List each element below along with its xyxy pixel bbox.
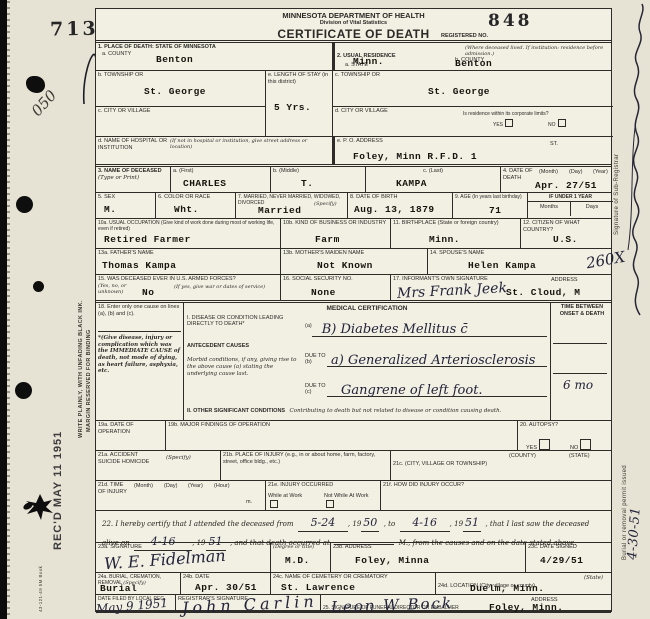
margin-note-line1: WRITE PLAINLY, WITH UNFADING BLACK INK. bbox=[78, 238, 85, 438]
last-name-value: KAMPA bbox=[396, 179, 427, 189]
birthplace-cell: 11. BIRTHPLACE (State or foreign country… bbox=[391, 219, 521, 248]
residence-township-column: c. TOWNSHIP OR St. George d. CITY OR VIL… bbox=[332, 71, 613, 137]
name-sub-label: (Type or Print) bbox=[98, 175, 168, 182]
ssn-cell: 16. SOCIAL SECURITY NO. None bbox=[281, 275, 391, 300]
degree-cell: (Degree or title) M.D. bbox=[271, 543, 331, 572]
no-checkbox bbox=[558, 119, 566, 127]
armed-forces-cell: 15. WAS DECEASED EVER IN U.S. ARMED FORC… bbox=[96, 275, 281, 300]
other-conditions-note: Contributing to death but not related to… bbox=[290, 408, 502, 414]
residence-township-value: St. George bbox=[428, 87, 490, 97]
length-of-stay-value: 5 Yrs. bbox=[274, 103, 311, 113]
registrar-signature: John Carlin bbox=[182, 593, 318, 616]
hospital-cell: d. NAME OF HOSPITAL OR INSTITUTION (If n… bbox=[96, 137, 333, 164]
funeral-director-cell: 25. SIGNATURE OF FUNERAL DIRECTOR OR EMB… bbox=[321, 595, 613, 610]
father-value: Thomas Kampa bbox=[102, 261, 176, 271]
marital-value: Married bbox=[258, 206, 301, 216]
informant-cell: 17. INFORMANT'S OWN SIGNATURE ADDRESS Mr… bbox=[391, 275, 613, 300]
date-signed-label: 23c. DATE SIGNED bbox=[528, 544, 611, 551]
marital-status-cell: 7. MARRIED, NEVER MARRIED, WIDOWED, DIVO… bbox=[236, 193, 348, 218]
citizen-value: U.S. bbox=[553, 235, 578, 245]
operation-findings-cell: 19b. MAJOR FINDINGS OF OPERATION bbox=[166, 421, 518, 450]
scan-edge bbox=[0, 0, 7, 619]
funeral-director-signature: Leon W Bock bbox=[331, 596, 453, 615]
ssn-value: None bbox=[311, 288, 336, 298]
cemetery-cell: 24c. NAME OF CEMETERY OR CREMATORY St. L… bbox=[271, 573, 436, 594]
middle-name-label: b. (Middle) bbox=[273, 168, 363, 175]
age-cell: 9. AGE (In years last birthday) 71 bbox=[453, 193, 528, 218]
place-of-injury-cell: 21b. PLACE OF INJURY (e.g., in or about … bbox=[221, 451, 391, 480]
form-book-code: 43-121-49 5M Book bbox=[38, 548, 43, 612]
last-name-label: c. (Last) bbox=[368, 168, 498, 175]
physician-address-value: Foley, Minna bbox=[355, 556, 429, 566]
attended-from-date: 5-24 bbox=[311, 516, 336, 529]
injury-meridiem-label: m. bbox=[246, 499, 252, 506]
antecedent-causes-label: ANTECEDENT CAUSES bbox=[187, 343, 305, 350]
dod-month-label: (Month) bbox=[539, 169, 558, 176]
burial-state-label: (State) bbox=[584, 575, 603, 582]
age-label: 9. AGE (In years last birthday) bbox=[455, 194, 525, 200]
informant-address-value: St. Cloud, M bbox=[506, 288, 580, 298]
race-cell: 6. COLOR OR RACE Wht. bbox=[156, 193, 236, 218]
attendance-certification: 22. I hereby certify that I attended the… bbox=[96, 511, 611, 543]
accident-specify-label: (Specify) bbox=[166, 455, 191, 462]
name-label: 3. NAME OF DECEASED bbox=[98, 168, 168, 175]
occupation-value: Retired Farmer bbox=[104, 235, 191, 245]
last-name-cell: c. (Last) KAMPA bbox=[366, 167, 501, 192]
certificate-form: MINNESOTA DEPARTMENT OF HEALTH Division … bbox=[95, 8, 612, 612]
mother-cell: 13b. MOTHER'S MAIDEN NAME Not Known bbox=[281, 249, 428, 274]
middle-name-cell: b. (Middle) T. bbox=[271, 167, 366, 192]
cause-instructions: 18. Enter only one cause on lines (a), (… bbox=[98, 304, 181, 317]
po-address-label: e. P. O. ADDRESS bbox=[337, 138, 611, 145]
operation-date-cell: 19a. DATE OF OPERATION bbox=[96, 421, 166, 450]
injury-hour-label: (Hour) bbox=[214, 483, 230, 490]
business-cell: 10b. KIND OF BUSINESS OR INDUSTRY Farm bbox=[281, 219, 391, 248]
date-filed-cell: DATE FILED BY LOCAL REG. May 9 1951 bbox=[96, 595, 176, 610]
certify-text-1: 22. I hereby certify that I attended the… bbox=[102, 520, 293, 528]
certify-text-2: , to bbox=[384, 520, 395, 528]
date-of-death-label: 4. DATE OF DEATH bbox=[503, 168, 535, 181]
attended-to-date: 4-16 bbox=[412, 516, 437, 529]
informant-address-label: ADDRESS bbox=[551, 277, 578, 284]
injury-day-label: (Day) bbox=[164, 483, 177, 490]
physician-signature-cell: 23a. SIGNATURE W. E. Fidelman bbox=[96, 543, 271, 572]
street-label: ST. bbox=[550, 141, 558, 148]
township-city-column: b. TOWNSHIP OR St. George c. CITY OR VIL… bbox=[96, 71, 266, 137]
accident-label: 21a. ACCIDENT SUICIDE HOMICIDE bbox=[98, 452, 158, 465]
ink-blot bbox=[26, 76, 45, 93]
injury-occurred-cell: 21e. INJURY OCCURRED While at Work Not W… bbox=[266, 481, 381, 510]
father-label: 13a. FATHER'S NAME bbox=[98, 250, 278, 257]
burial-cell: 24a. BURIAL, CREMATION, REMOVAL (Specify… bbox=[96, 573, 181, 594]
po-address-value: Foley, Minn R.F.D. 1 bbox=[353, 152, 477, 162]
disease-condition-label: I. DISEASE OR CONDITION LEADING DIRECTLY… bbox=[187, 315, 305, 337]
immediate-cause-note: *(Give disease, injury or complication w… bbox=[98, 331, 181, 375]
injury-county-label: (COUNTY) bbox=[509, 453, 536, 460]
time-of-injury-label: 21d. TIME OF INJURY bbox=[98, 482, 128, 495]
po-address-cell: e. P. O. ADDRESS ST. Foley, Minn R.F.D. … bbox=[333, 137, 613, 164]
physician-signature: W. E. Fidelman bbox=[104, 548, 227, 572]
autopsy-no-checkbox bbox=[580, 439, 591, 450]
informant-signature: Mrs Frank Jeek bbox=[397, 281, 508, 301]
spouse-value: Helen Kampa bbox=[468, 261, 536, 271]
citizen-label: 12. CITIZEN OF WHAT COUNTRY? bbox=[523, 220, 611, 233]
residence-township-label: c. TOWNSHIP OR bbox=[335, 72, 611, 79]
department-name: MINNESOTA DEPARTMENT OF HEALTH bbox=[96, 11, 611, 20]
mother-value: Not Known bbox=[317, 261, 373, 271]
autopsy-yes-checkbox bbox=[539, 439, 550, 450]
age-value: 71 bbox=[489, 206, 501, 216]
name-of-deceased-cell: 3. NAME OF DECEASED (Type or Print) bbox=[96, 167, 171, 192]
interval-rule bbox=[553, 343, 607, 344]
death-certificate-scan: 7133 050 WRITE PLAINLY, WITH UNFADING BL… bbox=[0, 0, 650, 619]
place-of-death-cell: 1. PLACE OF DEATH: STATE OF MINNESOTA a.… bbox=[96, 43, 333, 70]
ink-blot bbox=[16, 196, 33, 213]
interval-rule bbox=[553, 373, 607, 374]
county-label: a. COUNTY bbox=[102, 51, 330, 58]
ink-blot bbox=[15, 382, 32, 399]
cause-a-value: B) Diabetes Mellitus c̄ bbox=[322, 323, 468, 336]
first-name-cell: a. (First) CHARLES bbox=[171, 167, 271, 192]
autopsy-label: 20. AUTOPSY? bbox=[520, 422, 611, 429]
county-value: Benton bbox=[156, 55, 193, 65]
date-signed-cell: 23c. DATE SIGNED 4/29/51 bbox=[526, 543, 613, 572]
yes-checkbox bbox=[505, 119, 513, 127]
usual-residence-hint: (Where deceased lived. If institution: r… bbox=[465, 45, 610, 57]
race-value: Wht. bbox=[174, 205, 199, 215]
burial-value: Burial bbox=[100, 584, 137, 594]
cause-instructions-cell: 18. Enter only one cause on lines (a), (… bbox=[96, 303, 184, 420]
length-of-stay-label: e. LENGTH OF STAY (in this district) bbox=[268, 72, 330, 85]
ssn-label: 16. SOCIAL SECURITY NO. bbox=[283, 276, 388, 283]
certify-year-2: , 19 bbox=[450, 520, 463, 528]
burial-date-cell: 24b. DATE Apr. 30/51 bbox=[181, 573, 271, 594]
occupation-cell: 10a. USUAL OCCUPATION (Give kind of work… bbox=[96, 219, 281, 248]
certify-year-1: , 19 bbox=[348, 520, 361, 528]
burial-location-value: Duelm, Minn. bbox=[470, 584, 544, 594]
months-label: Months bbox=[528, 202, 571, 216]
degree-value: M.D. bbox=[285, 556, 310, 566]
birthplace-label: 11. BIRTHPLACE (State or foreign country… bbox=[393, 220, 518, 227]
first-name-label: a. (First) bbox=[173, 168, 268, 175]
township-label: b. TOWNSHIP OR bbox=[98, 72, 263, 79]
burial-date-label: 24b. DATE bbox=[183, 574, 268, 581]
length-of-stay-cell: e. LENGTH OF STAY (in this district) 5 Y… bbox=[266, 71, 333, 137]
father-cell: 13a. FATHER'S NAME Thomas Kampa bbox=[96, 249, 281, 274]
line-a-label: (a) bbox=[305, 315, 312, 337]
first-name-value: CHARLES bbox=[183, 179, 226, 189]
business-value: Farm bbox=[315, 235, 340, 245]
how-injury-label: 21f. HOW DID INJURY OCCUR? bbox=[383, 482, 611, 489]
attended-to-year: 51 bbox=[465, 516, 479, 529]
injury-occurred-label: 21e. INJURY OCCURRED bbox=[268, 482, 378, 489]
township-value: St. George bbox=[144, 87, 206, 97]
occupation-label: 10a. USUAL OCCUPATION (Give kind of work… bbox=[98, 220, 278, 232]
state-value: Minn. bbox=[353, 57, 384, 67]
date-of-birth-cell: 8. DATE OF BIRTH Aug. 13, 1879 bbox=[348, 193, 453, 218]
burial-location-cell: 24d. LOCATION (City, village or county) … bbox=[436, 573, 613, 594]
dod-year-label: (Year) bbox=[593, 169, 608, 176]
registered-no-value: 848 bbox=[488, 11, 533, 31]
not-while-at-work-checkbox bbox=[326, 500, 334, 508]
residence-township-cell: c. TOWNSHIP OR St. George bbox=[333, 71, 613, 107]
ink-blot bbox=[33, 281, 44, 292]
cause-b-value: a) Generalized Arteriosclerosis bbox=[331, 354, 535, 367]
residence-county-value: Benton bbox=[455, 59, 492, 69]
how-injury-cell: 21f. HOW DID INJURY OCCUR? bbox=[381, 481, 613, 510]
residence-city-cell: d. CITY OR VILLAGE Is residence within i… bbox=[333, 107, 613, 137]
armed-forces-hint1: (Yes, no, or unknown) bbox=[98, 283, 138, 295]
injury-location-cell: 21c. (CITY, VILLAGE OR TOWNSHIP) (COUNTY… bbox=[391, 451, 613, 480]
not-while-at-work-label: Not While At Work bbox=[324, 493, 369, 499]
injury-year-label: (Year) bbox=[188, 483, 203, 490]
birthplace-value: Minn. bbox=[429, 235, 460, 245]
marital-specify-label: (Specify) bbox=[314, 201, 337, 207]
citizen-cell: 12. CITIZEN OF WHAT COUNTRY? U.S. bbox=[521, 219, 613, 248]
yes-label: YES bbox=[493, 122, 503, 128]
spouse-cell: 14. SPOUSE'S NAME Helen Kampa 260X bbox=[428, 249, 613, 274]
registrar-signature-cell: REGISTRAR'S SIGNATURE John Carlin bbox=[176, 595, 321, 610]
injury-state-label: (STATE) bbox=[569, 453, 590, 460]
due-to-b-label: DUE TO (b) bbox=[305, 337, 327, 367]
dod-day-label: (Day) bbox=[569, 169, 582, 176]
margin-note-line2: MARGIN RESERVED FOR BINDING bbox=[86, 252, 93, 432]
ink-splat bbox=[22, 492, 56, 522]
autopsy-cell: 20. AUTOPSY? YES NO bbox=[518, 421, 613, 450]
other-conditions-label: II. OTHER SIGNIFICANT CONDITIONS bbox=[187, 408, 285, 414]
mother-label: 13b. MOTHER'S MAIDEN NAME bbox=[283, 250, 425, 257]
armed-forces-label: 15. WAS DECEASED EVER IN U.S. ARMED FORC… bbox=[98, 276, 278, 283]
injury-city-label: 21c. (CITY, VILLAGE OR TOWNSHIP) bbox=[393, 461, 487, 468]
interval-c-value: 6 mo bbox=[563, 379, 593, 391]
middle-name-value: T. bbox=[301, 179, 313, 189]
operation-findings-label: 19b. MAJOR FINDINGS OF OPERATION bbox=[168, 422, 515, 429]
injury-month-label: (Month) bbox=[134, 483, 153, 490]
while-at-work-label: While at Work bbox=[268, 493, 302, 499]
armed-forces-hint2: (If yes, give war or dates of service) bbox=[174, 284, 265, 290]
business-label: 10b. KIND OF BUSINESS OR INDUSTRY bbox=[283, 220, 388, 227]
operation-date-label: 19a. DATE OF OPERATION bbox=[98, 422, 163, 435]
sex-value: M. bbox=[104, 205, 116, 215]
medical-certification-cell: MEDICAL CERTIFICATION I. DISEASE OR COND… bbox=[184, 303, 551, 420]
date-signed-value: 4/29/51 bbox=[540, 556, 583, 566]
township-cell: b. TOWNSHIP OR St. George bbox=[96, 71, 266, 107]
due-to-c-label: DUE TO (c) bbox=[305, 367, 327, 397]
division-name: Division of Vital Statistics bbox=[96, 20, 611, 27]
onset-interval-cell: TIME BETWEEN ONSET & DEATH 6 mo bbox=[551, 303, 613, 420]
dob-value: Aug. 13, 1879 bbox=[354, 205, 435, 215]
city-label: c. CITY OR VILLAGE bbox=[98, 108, 263, 115]
cemetery-label: 24c. NAME OF CEMETERY OR CREMATORY bbox=[273, 574, 433, 581]
burial-date-value: Apr. 30/51 bbox=[195, 583, 257, 593]
dob-label: 8. DATE OF BIRTH bbox=[350, 194, 450, 201]
funeral-director-address-value: Foley, Minn. bbox=[489, 603, 563, 613]
certificate-title: CERTIFICATE OF DEATH bbox=[96, 27, 611, 41]
onset-interval-header: TIME BETWEEN ONSET & DEATH bbox=[553, 304, 611, 317]
under-one-year-label: IF UNDER 1 YEAR bbox=[528, 193, 613, 202]
city-cell: c. CITY OR VILLAGE bbox=[96, 107, 266, 137]
armed-forces-value: No bbox=[142, 288, 154, 298]
hospital-hint: (If not in hospital or institution, give… bbox=[170, 138, 330, 150]
attended-from-year: 50 bbox=[363, 516, 377, 529]
no-label: NO bbox=[548, 122, 556, 128]
sex-cell: 5. SEX M. bbox=[96, 193, 156, 218]
accident-cell: 21a. ACCIDENT SUICIDE HOMICIDE (Specify) bbox=[96, 451, 221, 480]
usual-residence-cell: 2. USUAL RESIDENCE (Where deceased lived… bbox=[333, 43, 613, 70]
form-header: MINNESOTA DEPARTMENT OF HEALTH Division … bbox=[96, 9, 611, 43]
physician-address-label: 23b. ADDRESS bbox=[333, 544, 523, 551]
place-of-injury-label: 21b. PLACE OF INJURY (e.g., in or about … bbox=[223, 452, 388, 465]
antecedent-note: Morbid conditions, if any, giving rise t… bbox=[187, 357, 305, 377]
cause-c-value: Gangrene of left foot. bbox=[341, 384, 483, 397]
received-date-stamp: REC'D MAY 11 1951 bbox=[52, 415, 64, 550]
perforated-edge bbox=[7, 0, 10, 619]
registered-no-label: REGISTERED NO. bbox=[441, 33, 488, 40]
while-at-work-checkbox bbox=[270, 500, 278, 508]
certify-text-3: , that I last saw the deceased bbox=[485, 520, 589, 528]
hospital-label: d. NAME OF HOSPITAL OR INSTITUTION bbox=[98, 138, 168, 151]
degree-label: (Degree or title) bbox=[273, 544, 328, 550]
medical-certification-header: MEDICAL CERTIFICATION bbox=[184, 303, 550, 315]
corporate-limits-question: Is residence within its corporate limits… bbox=[463, 111, 549, 117]
date-of-death-cell: 4. DATE OF DEATH (Month) (Day) (Year) Ap… bbox=[501, 167, 613, 192]
cemetery-value: St. Lawrence bbox=[281, 583, 355, 593]
days-label: Days bbox=[571, 202, 613, 216]
time-of-injury-cell: 21d. TIME OF INJURY (Month) (Day) (Year)… bbox=[96, 481, 266, 510]
race-label: 6. COLOR OR RACE bbox=[158, 194, 233, 201]
under-one-year-cell: IF UNDER 1 YEAR Months Days bbox=[528, 193, 613, 218]
physician-address-cell: 23b. ADDRESS Foley, Minna bbox=[331, 543, 526, 572]
place-of-death-label: 1. PLACE OF DEATH: STATE OF MINNESOTA bbox=[98, 44, 330, 51]
sub-registrar-signature bbox=[616, 0, 650, 320]
sex-label: 5. SEX bbox=[98, 194, 153, 201]
date-of-death-value: Apr. 27/51 bbox=[535, 181, 597, 191]
